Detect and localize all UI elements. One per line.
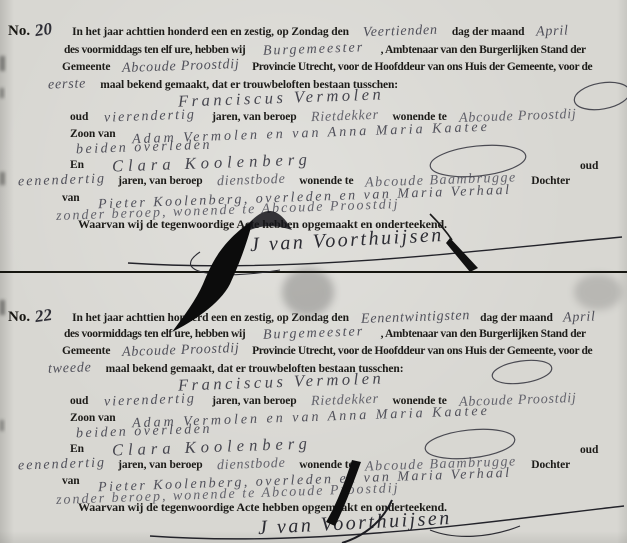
printed-wonende-label: wonende te [299,459,353,471]
printed-oud-label: oud [580,160,598,172]
record-2-line-1: No.22 In het jaar achttien honderd een e… [8,306,596,326]
printed-jaren-beroep-label: jaren, van beroep [118,175,202,187]
record-number-label: No. [8,309,30,325]
printed-time-text: des voormiddags ten elf ure, hebben wij [64,328,245,340]
printed-jaren-beroep-label: jaren, van beroep [212,395,296,407]
record-2-line-2: des voormiddags ten elf ure, hebben wij … [64,324,586,342]
record-2-groom-name-line: Franciscus Vermolen [178,372,384,392]
record-2-line-9: En Clara Koolenberg [70,437,312,457]
record-divider-rule [0,271,627,273]
printed-month-text: dag der maand [480,312,553,324]
printed-oud-label: oud [580,444,598,456]
handwritten-announcement-ordinal: eerste [48,76,87,93]
printed-month-text: dag der maand [452,26,525,38]
printed-oud-label: oud [70,111,88,123]
ink-smudge-right [574,274,622,310]
record-2-line-6: oud vierendertig jaren, van beroep Rietd… [70,391,576,409]
printed-en-label: En [70,159,84,171]
scan-edge-mark [0,56,5,71]
record-number-value: 20 [34,19,54,41]
record-1-oud-right: oud [580,156,598,174]
record-1-line-1: No.20 In het jaar achttien honderd een e… [8,20,569,40]
printed-year-text: In het jaar achttien honderd een en zest… [72,26,349,38]
scan-edge-mark [0,420,4,431]
printed-wonende-label: wonende te [299,175,353,187]
printed-jaren-beroep-label: jaren, van beroep [212,111,296,123]
record-1-line-2: des voormiddags ten elf ure, hebben wij … [64,40,586,58]
record-1-groom-name-line: Franciscus Vermolen [178,88,384,108]
record-1-line-6: oud vierendertig jaren, van beroep Rietd… [70,107,576,125]
printed-gemeente-label: Gemeente [62,345,110,357]
record-number-value: 22 [34,305,54,327]
record-2-line-3: Gemeente Abcoude Proostdij Provincie Utr… [62,341,592,359]
printed-dochter-label: Dochter [531,459,570,471]
record-2-oud-right: oud [580,440,598,458]
scan-edge-mark [0,88,4,98]
record-number-label: No. [8,23,30,39]
handwritten-month: April [536,23,569,40]
record-1-signature: J van Voorthuijsen [250,229,444,252]
printed-official-text: , Ambtenaar van den Burgerlijken Stand d… [381,328,586,340]
printed-dochter-label: Dochter [531,175,570,187]
record-2-signature: J van Voorthuijsen [258,512,452,535]
printed-province-text: Provincie Utrecht, voor de Hoofddeur van… [252,61,592,73]
handwriting-loop-record1-top [572,78,627,113]
handwritten-signature: J van Voorthuijsen [250,224,445,257]
printed-oud-label: oud [70,395,88,407]
printed-jaren-beroep-label: jaren, van beroep [118,459,202,471]
printed-gemeente-label: Gemeente [62,61,110,73]
handwritten-announcement-ordinal: tweede [48,360,92,378]
printed-en-label: En [70,443,84,455]
handwriting-loop-record2-top [491,357,553,387]
handwritten-signature: J van Voorthuijsen [258,507,453,540]
record-1-line-9: En Clara Koolenberg [70,153,312,173]
handwritten-day: Veertienden [363,23,438,42]
scan-edge-mark [0,300,5,315]
scan-edge-mark [0,172,5,185]
printed-time-text: des voormiddags ten elf ure, hebben wij [64,44,245,56]
printed-province-text: Provincie Utrecht, voor de Hoofddeur van… [252,345,592,357]
printed-official-text: , Ambtenaar van den Burgerlijken Stand d… [381,44,586,56]
printed-year-text: In het jaar achttien honderd een en zest… [72,312,349,324]
scanned-register-page: No.20 In het jaar achttien honderd een e… [0,0,627,543]
record-1-line-3: Gemeente Abcoude Proostdij Provincie Utr… [62,57,592,75]
pen-stroke-heavy-1 [446,238,478,272]
